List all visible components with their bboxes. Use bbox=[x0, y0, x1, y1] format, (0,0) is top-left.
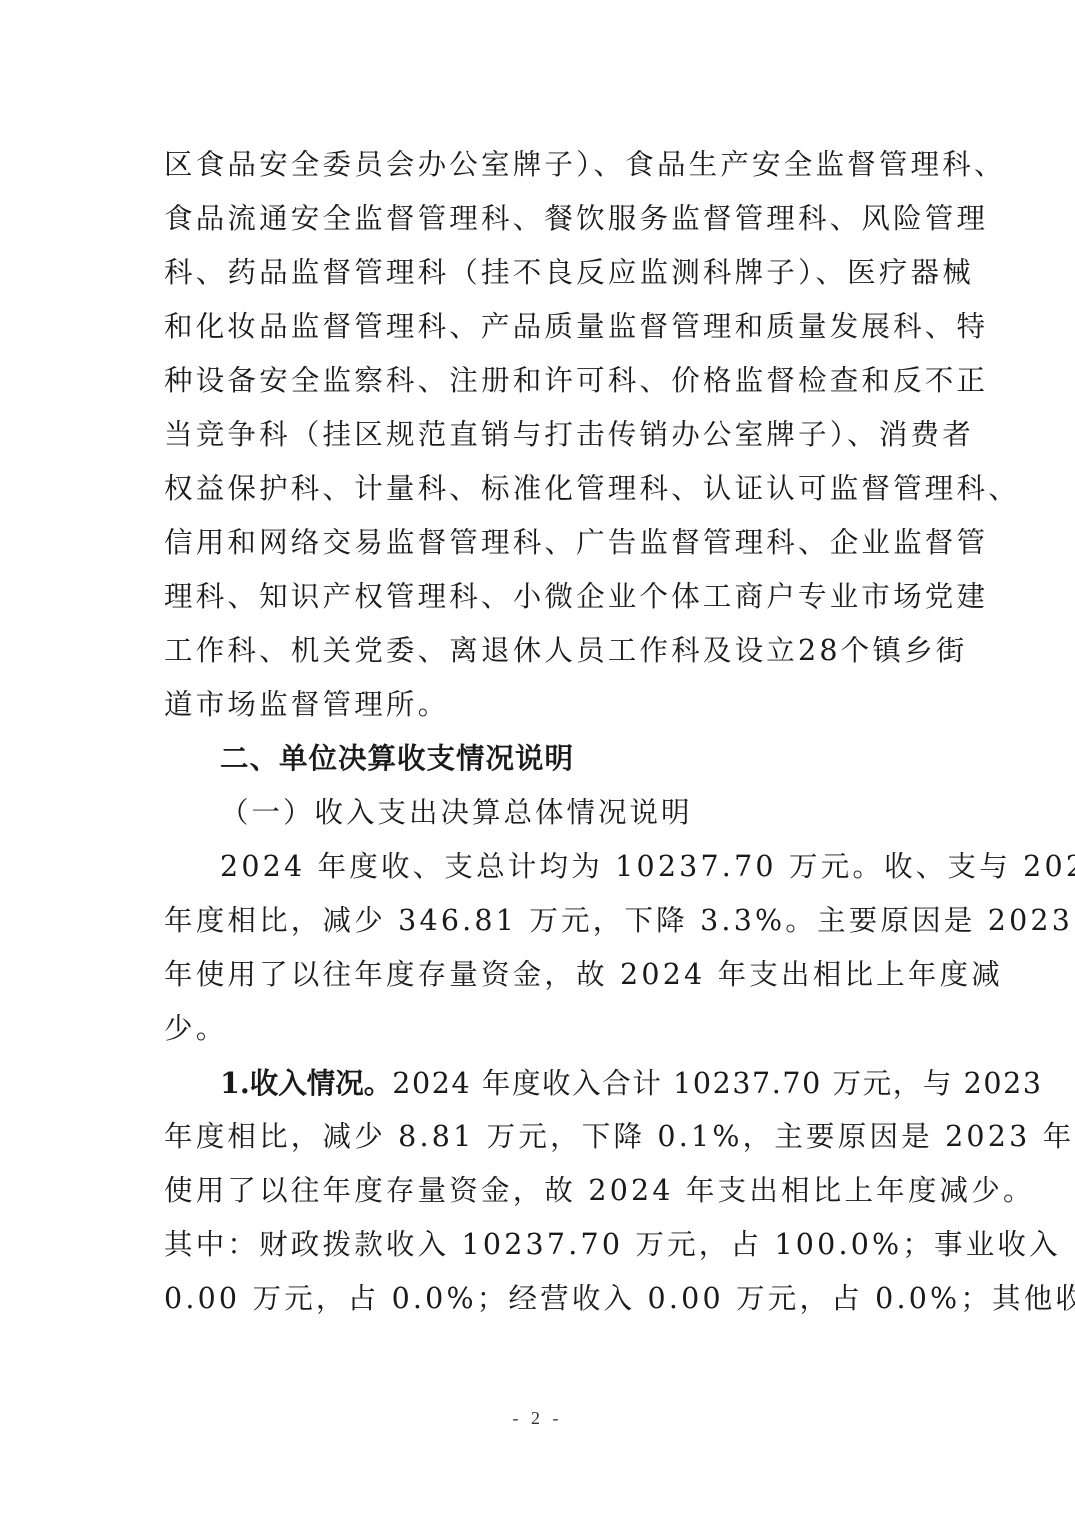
org-structure-line: 食品流通安全监督管理科、餐饮服务监督管理科、风险管理 bbox=[164, 192, 914, 246]
org-structure-line: 道市场监督管理所。 bbox=[164, 678, 914, 732]
income-paragraph-line: 年度相比，减少 8.81 万元，下降 0.1%，主要原因是 2023 年 bbox=[164, 1110, 914, 1164]
org-structure-line: 权益保护科、计量科、标准化管理科、认证认可监督管理科、 bbox=[164, 462, 914, 516]
income-paragraph-line: 其中：财政拨款收入 10237.70 万元，占 100.0%；事业收入 bbox=[164, 1218, 914, 1272]
org-structure-line: 当竞争科（挂区规范直销与打击传销办公室牌子）、消费者 bbox=[164, 408, 914, 462]
income-paragraph-first-line: 1.收入情况。2024 年度收入合计 10237.70 万元，与 2023 bbox=[220, 1056, 914, 1110]
overview-paragraph-line: 年度相比，减少 346.81 万元，下降 3.3%。主要原因是 2023 bbox=[164, 894, 914, 948]
document-page: 区食品安全委员会办公室牌子）、食品生产安全监督管理科、 食品流通安全监督管理科、… bbox=[0, 0, 1075, 1520]
org-structure-line: 工作科、机关党委、离退休人员工作科及设立28个镇乡街 bbox=[164, 624, 914, 678]
org-structure-line: 科、药品监督管理科（挂不良反应监测科牌子）、医疗器械 bbox=[164, 246, 914, 300]
org-structure-line: 区食品安全委员会办公室牌子）、食品生产安全监督管理科、 bbox=[164, 138, 914, 192]
income-first-line-text: 2024 年度收入合计 10237.70 万元，与 2023 bbox=[392, 1067, 1042, 1100]
org-structure-line: 理科、知识产权管理科、小微企业个体工商户专业市场党建 bbox=[164, 570, 914, 624]
overview-paragraph-line: 2024 年度收、支总计均为 10237.70 万元。收、支与 2023 bbox=[220, 840, 914, 894]
org-structure-line: 和化妆品监督管理科、产品质量监督管理和质量发展科、特 bbox=[164, 300, 914, 354]
overview-paragraph-line: 年使用了以往年度存量资金，故 2024 年支出相比上年度减 bbox=[164, 948, 914, 1002]
income-paragraph-line: 0.00 万元，占 0.0%；经营收入 0.00 万元，占 0.0%；其他收 bbox=[164, 1272, 914, 1326]
org-structure-line: 信用和网络交易监督管理科、广告监督管理科、企业监督管 bbox=[164, 516, 914, 570]
section-heading: 二、单位决算收支情况说明 bbox=[220, 732, 914, 786]
income-paragraph-line: 使用了以往年度存量资金，故 2024 年支出相比上年度减少。 bbox=[164, 1164, 914, 1218]
income-label: 1.收入情况。 bbox=[220, 1066, 392, 1100]
page-number: - 2 - bbox=[0, 1408, 1075, 1429]
org-structure-line: 种设备安全监察科、注册和许可科、价格监督检查和反不正 bbox=[164, 354, 914, 408]
overview-paragraph-line: 少。 bbox=[164, 1002, 914, 1056]
subsection-heading: （一）收入支出决算总体情况说明 bbox=[220, 786, 914, 840]
